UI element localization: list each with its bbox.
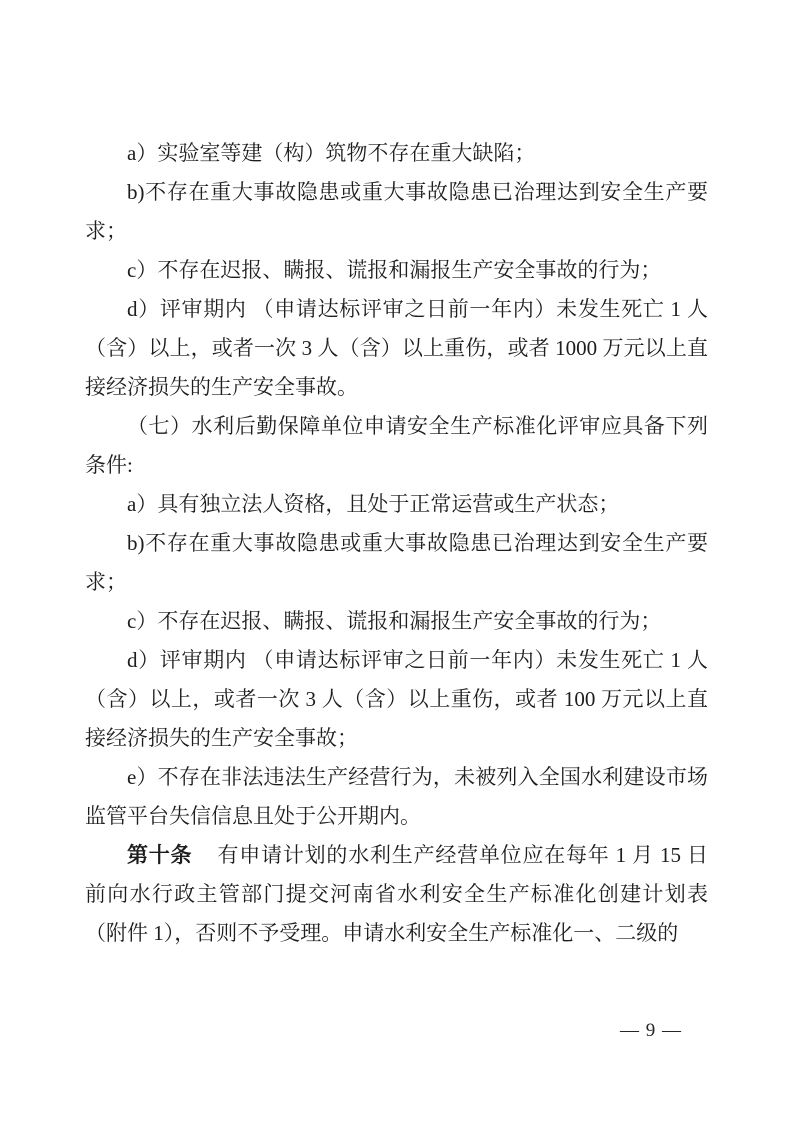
clause-b-major-hazard-2: b)不存在重大事故隐患或重大事故隐患已治理达到安全生产要求；: [85, 524, 708, 602]
clause-a-laboratory: a）实验室等建（构）筑物不存在重大缺陷；: [85, 134, 708, 173]
clause-c-reporting-2: c）不存在迟报、瞒报、谎报和漏报生产安全事故的行为；: [85, 602, 708, 641]
article-10-number: 第十条: [127, 843, 192, 867]
clause-d-review-period: d）评审期内 （申请达标评审之日前一年内）未发生死亡 1 人 （含）以上，或者一…: [85, 290, 708, 407]
page-number: — 9 —: [620, 1019, 682, 1043]
document-body: a）实验室等建（构）筑物不存在重大缺陷； b)不存在重大事故隐患或重大事故隐患已…: [85, 134, 708, 953]
clause-a-legal-person: a）具有独立法人资格，且处于正常运营或生产状态；: [85, 485, 708, 524]
clause-d-review-period-2: d）评审期内 （申请达标评审之日前一年内）未发生死亡 1 人（含）以上，或者一次…: [85, 641, 708, 758]
clause-c-reporting: c）不存在迟报、瞒报、谎报和漏报生产安全事故的行为；: [85, 251, 708, 290]
article-10-paragraph: 第十条有申请计划的水利生产经营单位应在每年 1 月 15 日前向水行政主管部门提…: [85, 836, 708, 953]
document-page: a）实验室等建（构）筑物不存在重大缺陷； b)不存在重大事故隐患或重大事故隐患已…: [0, 0, 794, 1123]
clause-e-illegal-operation: e）不存在非法违法生产经营行为，未被列入全国水利建设市场监管平台失信信息且处于公…: [85, 758, 708, 836]
item-seven-logistics-units: （七）水利后勤保障单位申请安全生产标准化评审应具备下列条件:: [85, 407, 708, 485]
clause-b-major-hazard: b)不存在重大事故隐患或重大事故隐患已治理达到安全生产要求；: [85, 173, 708, 251]
